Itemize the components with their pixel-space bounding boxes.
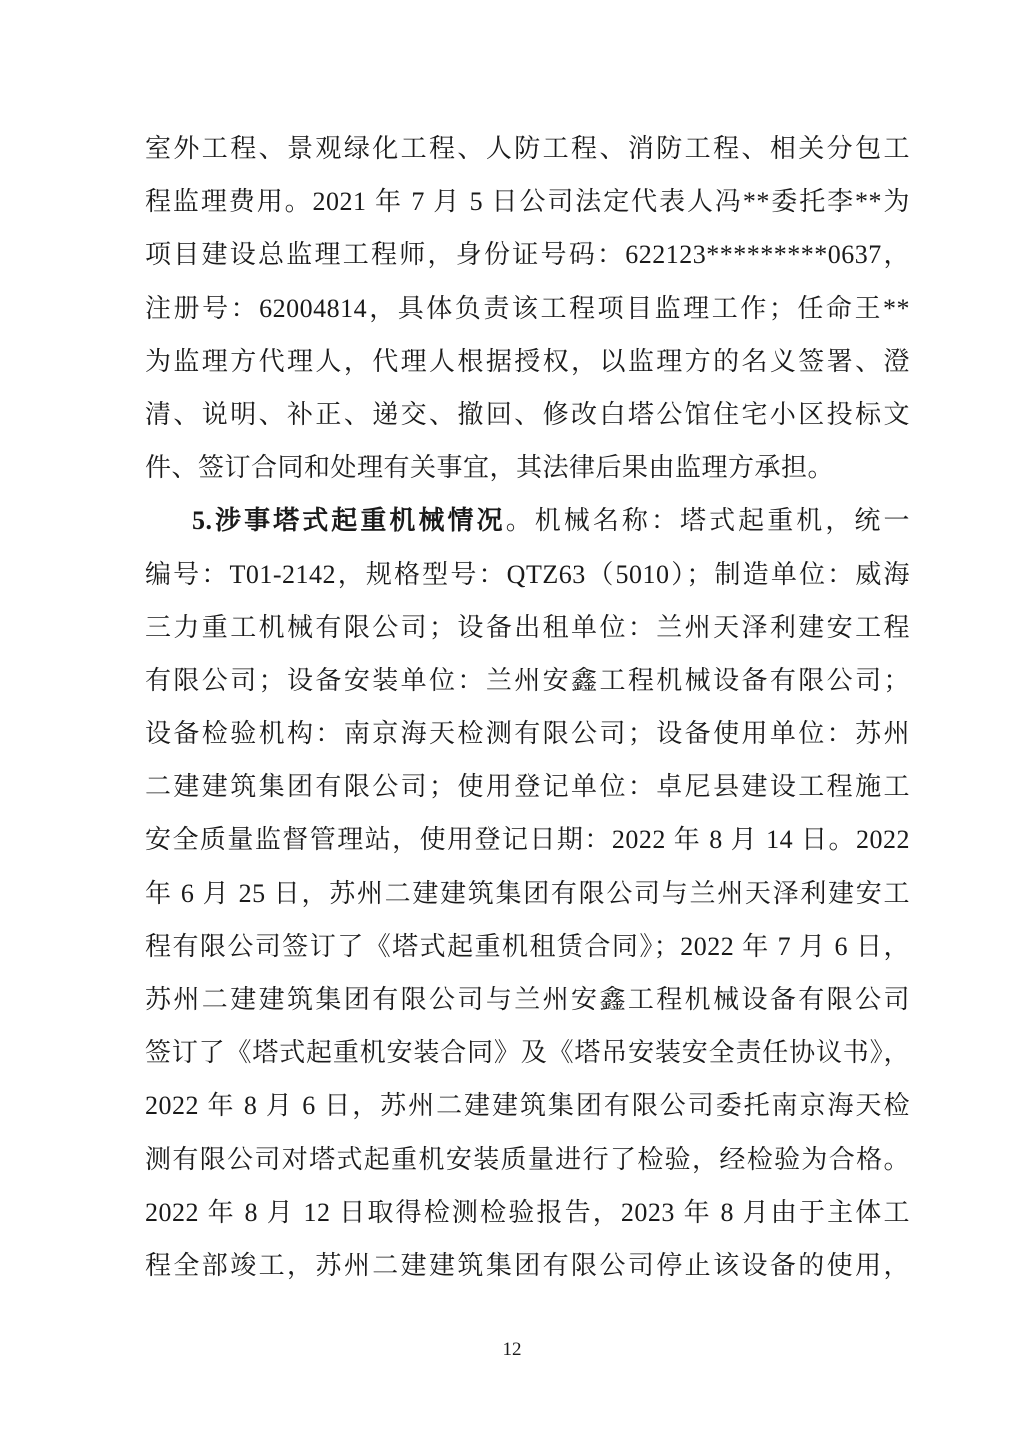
text-line: 2022 年 8 月 12 日取得检测检验报告，2023 年 8 月由于主体工 [145,1186,910,1239]
text-line: 项目建设总监理工程师，身份证号码：622123*********0637， [145,228,910,281]
text-line: 为监理方代理人，代理人根据授权，以监理方的名义签署、澄 [145,335,910,388]
text-line: 室外工程、景观绿化工程、人防工程、消防工程、相关分包工 [145,122,910,175]
text-line: 2022 年 8 月 6 日，苏州二建建筑集团有限公司委托南京海天检 [145,1079,910,1132]
document-page: 室外工程、景观绿化工程、人防工程、消防工程、相关分包工 程监理费用。2021 年… [0,0,1024,1448]
text-line: 程有限公司签订了《塔式起重机租赁合同》；2022 年 7 月 6 日， [145,920,910,973]
text-line: 安全质量监督管理站，使用登记日期：2022 年 8 月 14 日。2022 [145,813,910,866]
text-line: 程监理费用。2021 年 7 月 5 日公司法定代表人冯**委托李**为 [145,175,910,228]
page-number: 12 [0,1338,1024,1362]
line-text: 。机械名称：塔式起重机，统一 [506,506,910,535]
text-line: 三力重工机械有限公司；设备出租单位：兰州天泽利建安工程 [145,601,910,654]
section-heading: 5.涉事塔式起重机械情况 [192,506,506,535]
text-line: 测有限公司对塔式起重机安装质量进行了检验，经检验为合格。 [145,1133,910,1186]
text-line: 程全部竣工，苏州二建建筑集团有限公司停止该设备的使用， [145,1239,910,1292]
text-line: 清、说明、补正、递交、撤回、修改白塔公馆住宅小区投标文 [145,388,910,441]
text-line: 件、签订合同和处理有关事宜，其法律后果由监理方承担。 [145,441,910,494]
text-line: 签订了《塔式起重机安装合同》及《塔吊安装安全责任协议书》， [145,1026,910,1079]
text-line: 苏州二建建筑集团有限公司与兰州安鑫工程机械设备有限公司 [145,973,910,1026]
text-line: 5.涉事塔式起重机械情况。机械名称：塔式起重机，统一 [145,494,910,547]
text-line: 注册号：62004814，具体负责该工程项目监理工作；任命王** [145,282,910,335]
text-line: 二建建筑集团有限公司；使用登记单位：卓尼县建设工程施工 [145,760,910,813]
text-line: 设备检验机构：南京海天检测有限公司；设备使用单位：苏州 [145,707,910,760]
text-line: 编号：T01-2142，规格型号：QTZ63（5010）；制造单位：威海 [145,548,910,601]
text-line: 年 6 月 25 日，苏州二建建筑集团有限公司与兰州天泽利建安工 [145,867,910,920]
document-body: 室外工程、景观绿化工程、人防工程、消防工程、相关分包工 程监理费用。2021 年… [145,122,910,1292]
text-line: 有限公司；设备安装单位：兰州安鑫工程机械设备有限公司； [145,654,910,707]
